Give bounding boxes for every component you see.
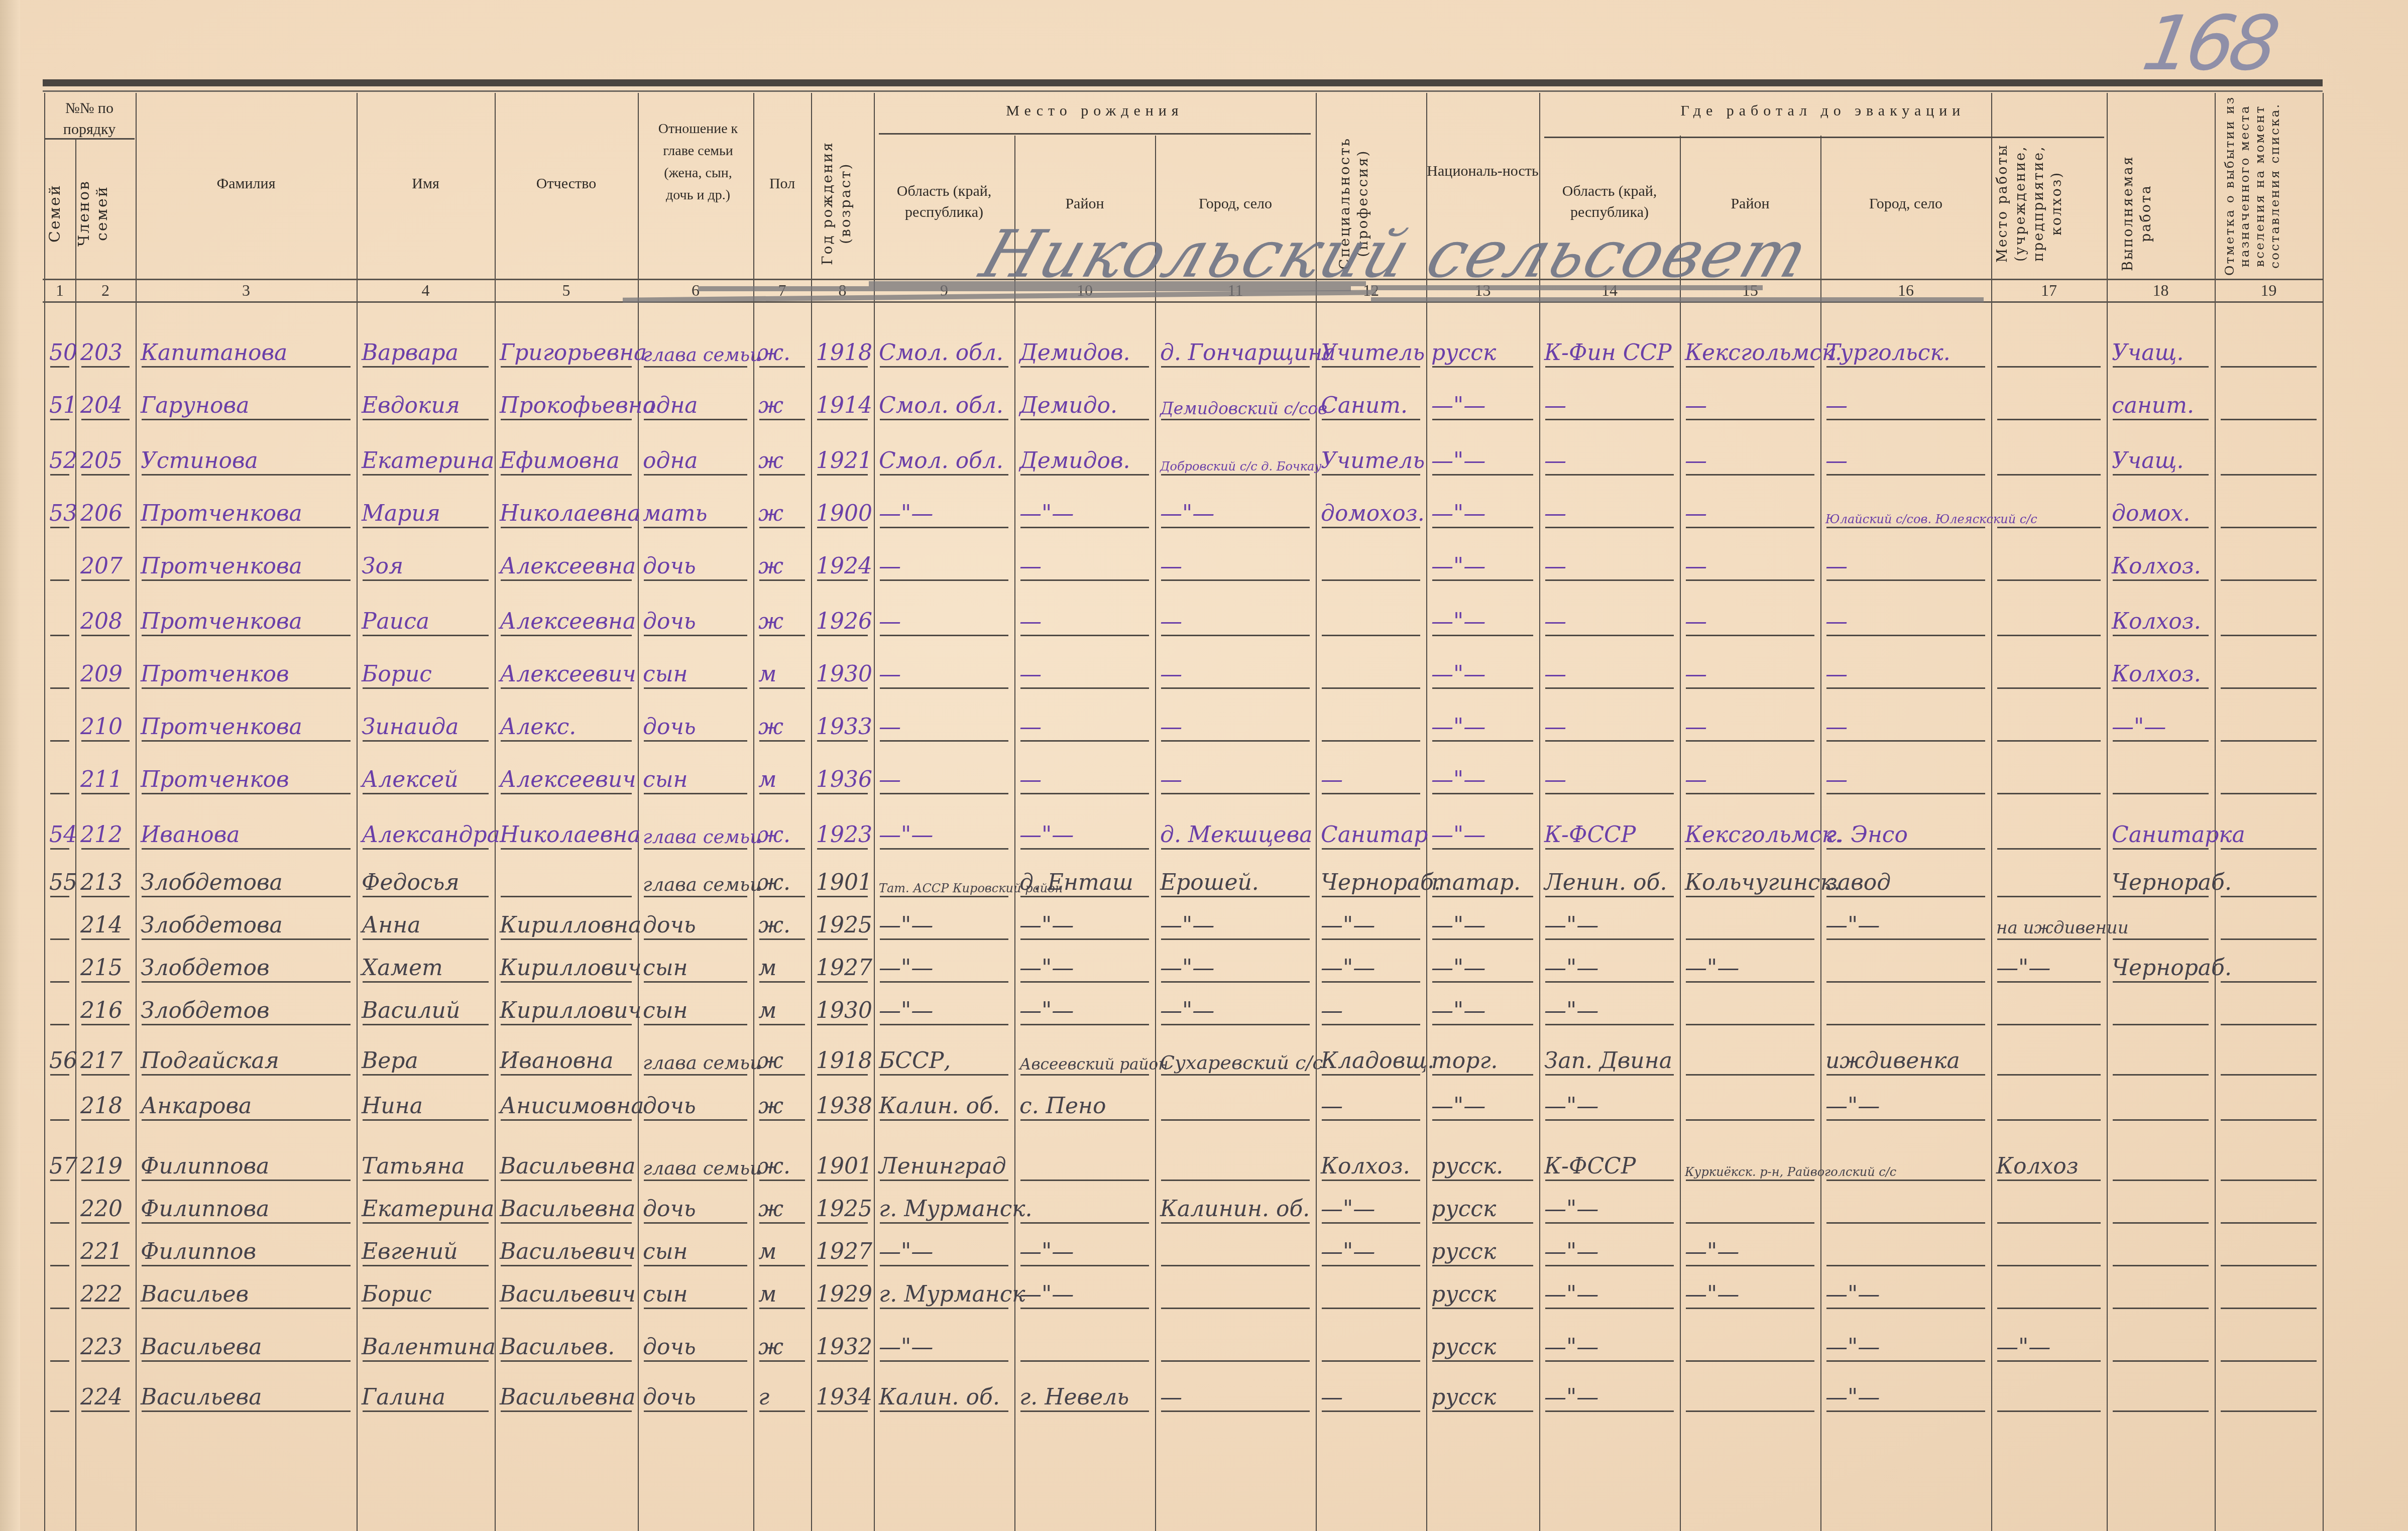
cell-underline — [817, 474, 868, 476]
cell-surname: Злобдетова — [141, 912, 283, 938]
cell-patronymic: Кириллович — [500, 998, 642, 1023]
cell-w-region: Ленин. об. — [1544, 870, 1667, 895]
cell-underline — [644, 1024, 747, 1025]
cell-underline — [2113, 1308, 2209, 1309]
cell-w-place: — — [1825, 661, 1848, 687]
cell-underline — [1826, 474, 1985, 476]
cell-underline — [1686, 1119, 1814, 1121]
cell-underline — [81, 687, 130, 689]
cell-underline — [1161, 366, 1310, 368]
cell-w-district: —"— — [1685, 1239, 1739, 1264]
cell-underline — [142, 1119, 351, 1121]
cell-underline — [644, 579, 747, 581]
cell-underline — [1322, 1410, 1420, 1412]
cell-w-org: Колхоз — [1996, 1153, 2079, 1179]
cell-surname: Протченкова — [141, 553, 302, 579]
cell-relation: сын — [643, 1239, 687, 1264]
cell-b-region: —"— — [879, 1334, 933, 1360]
cell-underline — [1432, 579, 1533, 581]
cell-underline — [1432, 366, 1533, 368]
table-row: 54212ИвановаАлександраНиколаевнаглава се… — [0, 803, 2408, 854]
table-row: 56217ПодгайскаяВераИвановнаглава семьиж1… — [0, 1029, 2408, 1080]
cell-year: 1927 — [816, 1239, 872, 1264]
cell-w-org: —"— — [1996, 1334, 2050, 1360]
cell-underline — [817, 419, 868, 420]
cell-underline — [142, 474, 351, 476]
cell-relation: мать — [643, 501, 707, 526]
table-row: 211ПротченковАлексейАлексеевичсынм1936——… — [0, 748, 2408, 798]
cell-year: 1936 — [816, 767, 872, 792]
cell-underline — [759, 1360, 805, 1362]
cell-underline — [759, 419, 805, 420]
cell-w-region: К-Фин ССР — [1544, 340, 1672, 366]
cell-b-region: —"— — [879, 822, 933, 848]
cell-underline — [1322, 527, 1420, 528]
cell-b-region: г. Мурманск — [879, 1281, 1025, 1307]
table-row: 52205УстиноваЕкатеринаЕфимовнаоднаж1921С… — [0, 429, 2408, 480]
cell-b-region: —"— — [879, 955, 933, 981]
cell-year: 1921 — [816, 448, 872, 474]
cell-underline — [1322, 1024, 1420, 1025]
cell-underline — [1432, 1308, 1533, 1309]
cell-w-job: Колхоз. — [2112, 661, 2201, 687]
cell-w-region: —"— — [1544, 1281, 1598, 1307]
cell-year: 1925 — [816, 1196, 872, 1222]
cell-underline — [644, 474, 747, 476]
cell-year: 1930 — [816, 661, 872, 687]
cell-underline — [1826, 793, 1985, 794]
cell-name: Василий — [362, 998, 460, 1023]
cell-w-region: —"— — [1544, 998, 1598, 1023]
cell-underline — [1826, 1410, 1985, 1412]
cell-underline — [1826, 740, 1985, 742]
cell-patronymic: Ивановна — [500, 1048, 614, 1074]
cell-underline — [50, 1360, 69, 1362]
cell-underline — [363, 527, 489, 528]
table-row: 51204ГаруноваЕвдокияПрокофьевнаоднаж1914… — [0, 374, 2408, 424]
cell-year: 1934 — [816, 1384, 872, 1410]
cell-w-district: —"— — [1685, 955, 1739, 981]
cell-patronymic: Васильевна — [500, 1153, 635, 1179]
cell-underline — [1432, 1024, 1533, 1025]
cell-sex: м — [758, 767, 776, 792]
cell-b-district: д. Енташ — [1019, 870, 1133, 895]
cell-name: Зоя — [362, 553, 403, 579]
cell-underline — [1545, 740, 1674, 742]
header-col-1: Семей — [46, 151, 71, 276]
cell-underline — [1545, 1024, 1674, 1025]
header-col-2: Членов семей — [75, 151, 105, 276]
cell-w-place: — — [1825, 767, 1848, 792]
cell-underline — [1020, 687, 1149, 689]
cell-underline — [50, 1308, 69, 1309]
cell-b-region: —"— — [879, 1239, 933, 1264]
cell-surname: Капитанова — [141, 340, 287, 366]
table-row: 207ПротченковаЗояАлексеевнадочьж1924————… — [0, 535, 2408, 585]
cell-underline — [1020, 848, 1149, 850]
cell-sex: ж — [758, 448, 783, 474]
cell-w-job: Чернораб. — [2112, 870, 2232, 895]
cell-surname: Устинова — [141, 448, 258, 474]
cell-underline — [817, 1410, 868, 1412]
header-col-13: Националь-ность — [1426, 161, 1539, 182]
cell-underline — [817, 740, 868, 742]
cell-underline — [1686, 793, 1814, 794]
cell-w-place: Тургольск. — [1825, 340, 1951, 366]
cell-w-region: — — [1544, 448, 1566, 474]
cell-underline — [1020, 793, 1149, 794]
cell-family: 57 — [49, 1153, 77, 1179]
cell-underline — [1322, 1308, 1420, 1309]
cell-underline — [1545, 527, 1674, 528]
cell-profession: —"— — [1321, 1196, 1375, 1222]
cell-underline — [142, 1410, 351, 1412]
cell-underline — [1161, 740, 1310, 742]
cell-underline — [759, 1410, 805, 1412]
cell-underline — [759, 366, 805, 368]
cell-name: Александра — [362, 822, 500, 848]
cell-member: 210 — [80, 714, 123, 740]
cell-surname: Протченков — [141, 767, 289, 792]
cell-w-job: Колхоз. — [2112, 553, 2201, 579]
cell-underline — [1322, 740, 1420, 742]
cell-underline — [50, 366, 69, 368]
cell-underline — [1161, 1119, 1310, 1121]
cell-underline — [1020, 1410, 1149, 1412]
header-col-11: Город, село — [1155, 193, 1316, 214]
cell-underline — [880, 1360, 1008, 1362]
cell-underline — [501, 793, 632, 794]
cell-underline — [363, 687, 489, 689]
cell-underline — [1432, 793, 1533, 794]
cell-member: 222 — [80, 1281, 123, 1307]
column-number: 1 — [44, 281, 75, 300]
cell-b-district: — — [1019, 609, 1042, 634]
cell-nationality: русск — [1431, 1239, 1496, 1264]
cell-underline — [50, 474, 69, 476]
cell-w-region: К-ФССР — [1544, 822, 1636, 848]
cell-w-place: — — [1825, 448, 1848, 474]
cell-underline — [363, 579, 489, 581]
cell-w-district: Куркиёкск. р-н, Райвоголский с/с — [1685, 1165, 1896, 1179]
cell-underline — [2113, 635, 2209, 636]
cell-underline — [2221, 366, 2317, 368]
cell-w-region: —"— — [1544, 1239, 1598, 1264]
cell-b-district: —"— — [1019, 998, 1074, 1023]
cell-w-district: — — [1685, 767, 1707, 792]
cell-b-place: —"— — [1160, 912, 1214, 938]
cell-relation: глава семьи — [643, 826, 762, 848]
cell-underline — [142, 579, 351, 581]
cell-underline — [50, 527, 69, 528]
cell-underline — [81, 527, 130, 528]
cell-underline — [501, 419, 632, 420]
cell-patronymic: Ефимовна — [500, 448, 620, 474]
cell-w-region: — — [1544, 767, 1566, 792]
cell-w-job: —"— — [2112, 714, 2166, 740]
cell-underline — [1826, 1360, 1985, 1362]
cell-underline — [501, 579, 632, 581]
cell-underline — [501, 1360, 632, 1362]
cell-underline — [363, 1360, 489, 1362]
cell-underline — [142, 635, 351, 636]
cell-underline — [2221, 1119, 2317, 1121]
cell-underline — [2113, 1024, 2209, 1025]
cell-w-district: — — [1685, 661, 1707, 687]
cell-w-job: Санитарка — [2112, 822, 2245, 848]
cell-underline — [644, 1119, 747, 1121]
cell-profession: — — [1321, 1093, 1343, 1119]
cell-sex: м — [758, 661, 776, 687]
cell-b-place: — — [1160, 767, 1182, 792]
cell-underline — [1545, 419, 1674, 420]
header-sub-rule — [44, 138, 135, 140]
cell-underline — [142, 366, 351, 368]
cell-underline — [1161, 579, 1310, 581]
cell-patronymic: Николаевна — [500, 822, 641, 848]
cell-underline — [1826, 366, 1985, 368]
cell-underline — [1997, 366, 2101, 368]
cell-w-district: — — [1685, 553, 1707, 579]
cell-member: 224 — [80, 1384, 123, 1410]
cell-b-district: Демидов. — [1019, 340, 1130, 366]
column-number: 18 — [2107, 281, 2215, 300]
cell-patronymic: Алексеевна — [500, 553, 636, 579]
cell-underline — [363, 419, 489, 420]
table-row: 210ПротченковаЗинаидаАлекс.дочьж1933————… — [0, 695, 2408, 746]
cell-underline — [50, 635, 69, 636]
cell-w-job: Учащ. — [2112, 448, 2184, 474]
cell-underline — [2113, 527, 2209, 528]
cell-underline — [880, 1308, 1008, 1309]
cell-surname: Васильева — [141, 1334, 262, 1360]
cell-underline — [817, 1024, 868, 1025]
cell-patronymic: Кирилловна — [500, 912, 641, 938]
cell-underline — [501, 527, 632, 528]
top-rule — [43, 79, 2323, 86]
cell-year: 1933 — [816, 714, 872, 740]
cell-b-region: — — [879, 553, 901, 579]
cell-underline — [1020, 419, 1149, 420]
cell-surname: Васильева — [141, 1384, 262, 1410]
cell-member: 220 — [80, 1196, 123, 1222]
cell-underline — [363, 848, 489, 850]
cell-underline — [2113, 1119, 2209, 1121]
cell-b-region: — — [879, 767, 901, 792]
cell-underline — [880, 848, 1008, 850]
cell-member: 203 — [80, 340, 123, 366]
cell-w-region: — — [1544, 393, 1566, 418]
cell-name: Евдокия — [362, 393, 460, 418]
cell-w-place: —"— — [1825, 912, 1880, 938]
cell-underline — [1161, 474, 1310, 476]
cell-w-region: —"— — [1544, 1334, 1598, 1360]
cell-member: 212 — [80, 822, 123, 848]
cell-underline — [142, 527, 351, 528]
cell-underline — [1545, 793, 1674, 794]
cell-b-region: — — [879, 714, 901, 740]
cell-underline — [2221, 579, 2317, 581]
cell-year: 1932 — [816, 1334, 872, 1360]
cell-surname: Протченкова — [141, 714, 302, 740]
cell-patronymic: Алексеевич — [500, 661, 636, 687]
cell-b-place: — — [1160, 553, 1182, 579]
cell-underline — [880, 687, 1008, 689]
cell-nationality: —"— — [1431, 767, 1485, 792]
cell-relation: глава семьи — [643, 344, 762, 366]
cell-underline — [81, 579, 130, 581]
cell-b-region: — — [879, 609, 901, 634]
cell-w-place: г. Энсо — [1825, 822, 1908, 848]
cell-underline — [759, 635, 805, 636]
cell-b-region: Смол. обл. — [879, 448, 1003, 474]
cell-b-district: —"— — [1019, 955, 1074, 981]
cell-patronymic: Васильевич — [500, 1281, 636, 1307]
header-col-3: Фамилия — [136, 173, 357, 194]
cell-underline — [363, 474, 489, 476]
cell-underline — [1545, 1308, 1674, 1309]
village-council-handwritten-stamp: Никольский сельсовет — [972, 216, 1818, 292]
cell-underline — [363, 740, 489, 742]
cell-underline — [1161, 1410, 1310, 1412]
cell-underline — [501, 687, 632, 689]
cell-name: Валентина — [362, 1334, 496, 1360]
cell-underline — [363, 1119, 489, 1121]
cell-underline — [50, 1119, 69, 1121]
cell-underline — [1020, 740, 1149, 742]
cell-underline — [1686, 1410, 1814, 1412]
cell-underline — [142, 740, 351, 742]
cell-underline — [81, 1360, 130, 1362]
cell-w-region: — — [1544, 501, 1566, 526]
cell-underline — [1322, 1119, 1420, 1121]
cell-w-district: — — [1685, 393, 1707, 418]
cell-w-job: санит. — [2112, 393, 2194, 418]
cell-nationality: русск — [1431, 1334, 1496, 1360]
cell-underline — [2221, 687, 2317, 689]
cell-underline — [759, 474, 805, 476]
cell-underline — [817, 366, 868, 368]
table-row: 216ЗлобдетовВасилийКирилловичсынм1930—"—… — [0, 979, 2408, 1029]
cell-underline — [880, 1119, 1008, 1121]
cell-surname: Филиппова — [141, 1153, 269, 1179]
cell-underline — [1322, 474, 1420, 476]
cell-underline — [1997, 740, 2101, 742]
cell-w-region: — — [1544, 661, 1566, 687]
cell-sex: ж. — [758, 912, 790, 938]
cell-b-place: —"— — [1160, 955, 1214, 981]
cell-relation: сын — [643, 1281, 687, 1307]
cell-underline — [1545, 635, 1674, 636]
cell-underline — [50, 579, 69, 581]
cell-underline — [501, 635, 632, 636]
cell-underline — [817, 793, 868, 794]
cell-underline — [759, 579, 805, 581]
cell-w-place: — — [1825, 393, 1848, 418]
cell-b-district: Демидо. — [1019, 393, 1117, 418]
cell-b-region: — — [879, 661, 901, 687]
cell-sex: м — [758, 955, 776, 981]
cell-profession: Санитар — [1321, 822, 1428, 848]
cell-year: 1924 — [816, 553, 872, 579]
table-row: 224ВасильеваГалинаВасильевнадочьг1934Кал… — [0, 1366, 2408, 1416]
cell-underline — [2113, 740, 2209, 742]
header-col-10: Район — [1014, 193, 1155, 214]
header-group-numbers: №№ по порядку — [44, 98, 135, 140]
cell-underline — [2221, 848, 2317, 850]
cell-underline — [142, 848, 351, 850]
cell-underline — [1997, 527, 2101, 528]
cell-sex: м — [758, 1281, 776, 1307]
cell-name: Борис — [362, 661, 432, 687]
cell-underline — [644, 1308, 747, 1309]
cell-underline — [81, 848, 130, 850]
cell-name: Екатерина — [362, 448, 494, 474]
cell-underline — [817, 1360, 868, 1362]
cell-year: 1930 — [816, 998, 872, 1023]
cell-underline — [81, 419, 130, 420]
cell-patronymic: Алексеевич — [500, 767, 636, 792]
cell-underline — [81, 366, 130, 368]
cell-patronymic: Алексеевна — [500, 609, 636, 634]
cell-profession: Колхоз. — [1321, 1153, 1410, 1179]
cell-w-place: Юлайский с/сов. Юлеяскский с/с — [1825, 512, 2037, 526]
cell-underline — [2221, 1308, 2317, 1309]
cell-member: 221 — [80, 1239, 123, 1264]
cell-nationality: —"— — [1431, 714, 1485, 740]
cell-b-place: Сухаревский с/с — [1160, 1051, 1323, 1074]
cell-underline — [1997, 419, 2101, 420]
cell-b-district: — — [1019, 767, 1042, 792]
cell-nationality: —"— — [1431, 501, 1485, 526]
cell-underline — [1322, 579, 1420, 581]
cell-underline — [81, 793, 130, 794]
cell-underline — [1161, 1308, 1310, 1309]
cell-underline — [81, 474, 130, 476]
cell-underline — [1997, 1360, 2101, 1362]
cell-underline — [1432, 740, 1533, 742]
cell-underline — [501, 366, 632, 368]
cell-underline — [363, 1410, 489, 1412]
cell-patronymic: Васильев. — [500, 1334, 615, 1360]
cell-underline — [1826, 419, 1985, 420]
cell-year: 1901 — [816, 1153, 872, 1179]
cell-sex: ж — [758, 1093, 783, 1119]
cell-underline — [1161, 687, 1310, 689]
cell-underline — [1997, 1024, 2101, 1025]
cell-relation: сын — [643, 955, 687, 981]
header-sub-rule — [879, 133, 1311, 135]
cell-underline — [817, 1308, 868, 1309]
cell-underline — [817, 527, 868, 528]
cell-underline — [81, 1119, 130, 1121]
cell-member: 219 — [80, 1153, 123, 1179]
cell-b-district: г. Невель — [1019, 1384, 1129, 1410]
cell-underline — [817, 848, 868, 850]
cell-year: 1901 — [816, 870, 872, 895]
cell-underline — [2113, 848, 2209, 850]
cell-underline — [2113, 579, 2209, 581]
cell-underline — [1020, 579, 1149, 581]
cell-underline — [1997, 1410, 2101, 1412]
column-number: 17 — [1991, 281, 2107, 300]
cell-name: Зинаида — [362, 714, 458, 740]
cell-relation: дочь — [643, 1196, 696, 1222]
cell-underline — [363, 793, 489, 794]
cell-b-region: Смол. обл. — [879, 340, 1003, 366]
cell-underline — [1826, 579, 1985, 581]
cell-b-place: — — [1160, 1384, 1182, 1410]
